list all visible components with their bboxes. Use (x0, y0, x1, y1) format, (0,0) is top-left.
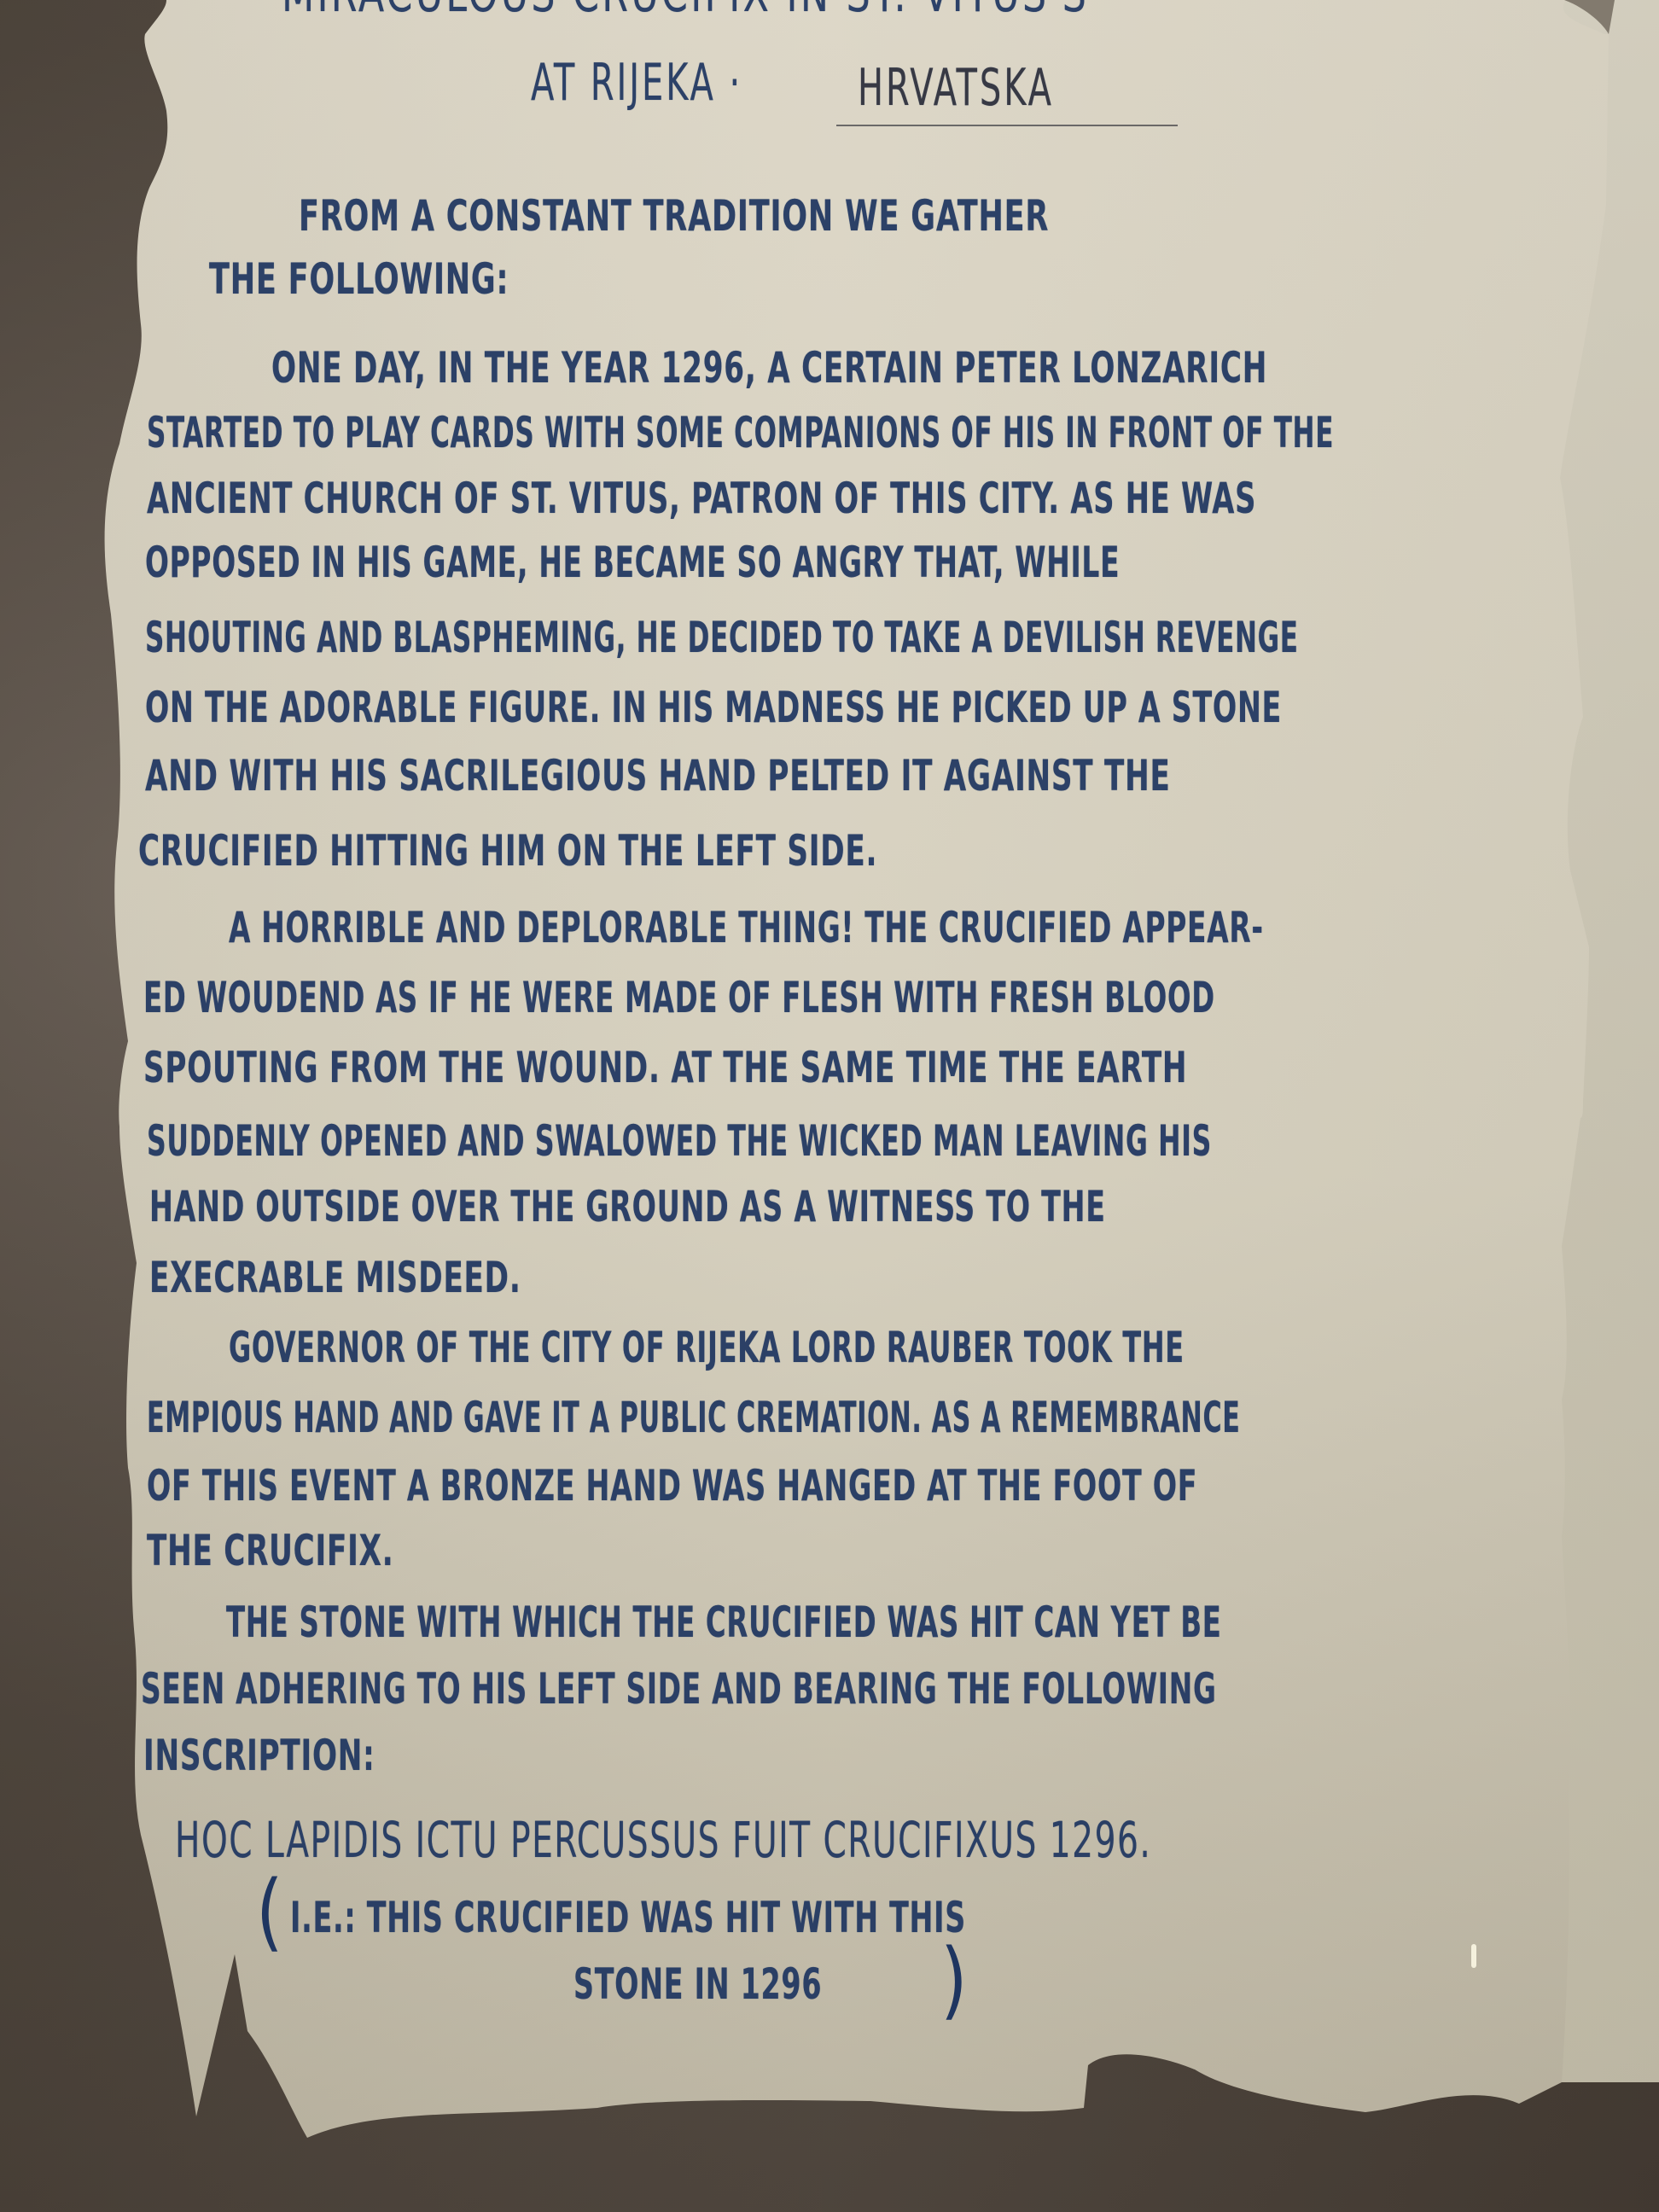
document-sheet: MIRACULOUS CRUCIFIX IN ST. VITUS'S AT RI… (0, 0, 1659, 2212)
paragraph-3-line: GOVERNOR OF THE CITY OF RIJEKA LORD RAUB… (229, 1323, 1185, 1372)
translation-line: STONE IN 1296 (573, 1959, 822, 2009)
paragraph-2-line: A HORRIBLE AND DEPLORABLE THING! THE CRU… (229, 903, 1264, 952)
latin-inscription: HOC LAPIDIS ICTU PERCUSSUS FUIT CRUCIFIX… (175, 1811, 1151, 1869)
glass-reflection (1471, 1944, 1476, 1968)
paragraph-1-line: ONE DAY, IN THE YEAR 1296, A CERTAIN PET… (271, 343, 1267, 393)
paragraph-4-line: INSCRIPTION: (143, 1731, 375, 1780)
paragraph-2-line: SPOUTING FROM THE WOUND. AT THE SAME TIM… (143, 1043, 1187, 1092)
paragraph-3-line: OF THIS EVENT A BRONZE HAND WAS HANGED A… (147, 1461, 1197, 1511)
document-title-line-1: MIRACULOUS CRUCIFIX IN ST. VITUS'S (282, 0, 1089, 24)
paragraph-1-line: ON THE ADORABLE FIGURE. IN HIS MADNESS H… (145, 683, 1282, 732)
title-underline (836, 125, 1178, 126)
document-title-country: HRVATSKA (858, 58, 1054, 118)
document-title-location: AT RIJEKA · (531, 53, 742, 113)
intro-line: THE FOLLOWING: (209, 254, 509, 304)
paragraph-4-line: THE STONE WITH WHICH THE CRUCIFIED WAS H… (226, 1598, 1222, 1647)
paragraph-3-line: EMPIOUS HAND AND GAVE IT A PUBLIC CREMAT… (147, 1393, 1241, 1442)
intro-line: FROM A CONSTANT TRADITION WE GATHER (299, 191, 1049, 241)
paragraph-2-line: SUDDENLY OPENED AND SWALOWED THE WICKED … (147, 1116, 1212, 1166)
paragraph-1-line: AND WITH HIS SACRILEGIOUS HAND PELTED IT… (145, 751, 1171, 800)
translation-line: I.E.: THIS CRUCIFIED WAS HIT WITH THIS (290, 1893, 966, 1942)
open-parenthesis: ( (256, 1863, 283, 1962)
paragraph-1-line: OPPOSED IN HIS GAME, HE BECAME SO ANGRY … (145, 538, 1120, 587)
paragraph-2-line: EXECRABLE MISDEED. (149, 1253, 521, 1302)
paragraph-2-line: ED WOUDEND AS IF HE WERE MADE OF FLESH W… (143, 973, 1215, 1022)
paragraph-1-line: CRUCIFIED HITTING HIM ON THE LEFT SIDE. (138, 826, 877, 876)
paragraph-1-line: SHOUTING AND BLASPHEMING, HE DECIDED TO … (145, 613, 1299, 662)
paragraph-3-line: THE CRUCIFIX. (147, 1526, 393, 1575)
paragraph-1-line: STARTED TO PLAY CARDS WITH SOME COMPANIO… (147, 408, 1334, 457)
paragraph-4-line: SEEN ADHERING TO HIS LEFT SIDE AND BEARI… (141, 1664, 1217, 1714)
close-parenthesis: ) (940, 1931, 968, 2030)
paragraph-1-line: ANCIENT CHURCH OF ST. VITUS, PATRON OF T… (147, 474, 1256, 523)
paragraph-2-line: HAND OUTSIDE OVER THE GROUND AS A WITNES… (149, 1182, 1106, 1231)
